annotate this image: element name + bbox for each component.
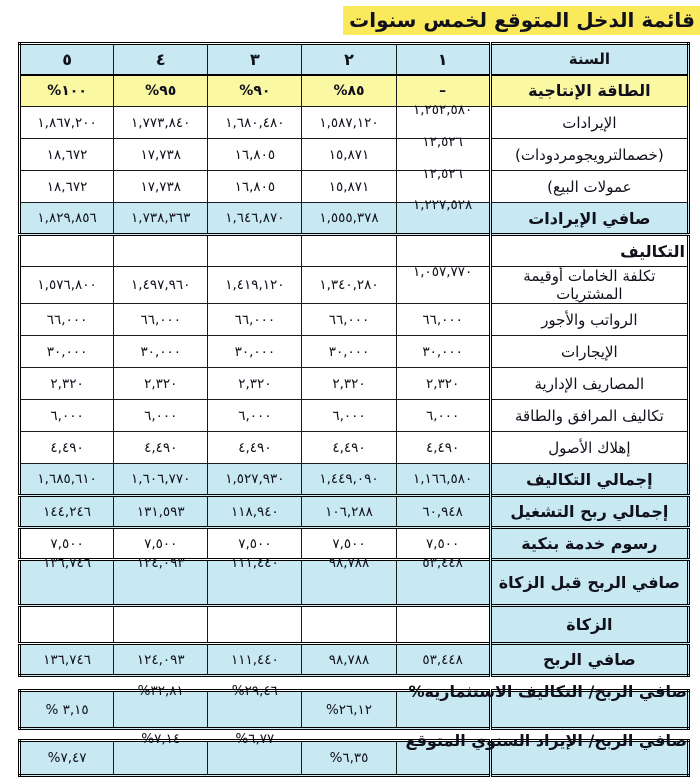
cell-year-5: ١٣٦,٧٤٦: [20, 560, 114, 606]
cell-value: ١٢,٥٢٦: [422, 134, 463, 150]
cell-year-4: ٢,٣٢٠: [114, 368, 208, 400]
cell-value: ٤,٤٩٠: [332, 440, 365, 456]
cell-value: ٤,٤٩٠: [426, 440, 459, 456]
cell-year-2: ٦٦,٠٠٠: [302, 304, 396, 336]
cell-year-2: ١,٥٥٥,٣٧٨: [302, 203, 396, 235]
cell-value: ١,٥٧٦,٨٠٠: [37, 277, 96, 293]
year-header-1: ١: [396, 44, 490, 75]
cell-value: ٦,٠٠٠: [426, 408, 459, 424]
cell-year-5: ٢,٣٢٠: [20, 368, 114, 400]
row-label: صافي الربح: [490, 644, 688, 676]
cell-year-5: %١٠٠: [20, 75, 114, 107]
page: { "title": "قائمة الدخل المتوقع لخمس سنو…: [0, 0, 700, 780]
cell-value: ٦٦,٠٠٠: [47, 312, 88, 328]
year-header-4: ٤: [114, 44, 208, 75]
cell-year-2: [302, 606, 396, 644]
cell-year-1: [396, 235, 490, 267]
cell-value: ٣٠,٠٠٠: [235, 344, 276, 360]
cell-year-1: ٦٦,٠٠٠: [396, 304, 490, 336]
ratio-label-text: صافي الربح/ التكاليف الاستثمارية%: [409, 682, 687, 701]
ratio-value: %٢٦,١٢: [326, 702, 372, 718]
year-header-3: ٣: [208, 44, 302, 75]
cell-year-3: ٦,٠٠٠: [208, 400, 302, 432]
cell-value: ١١١,٤٤٠: [231, 555, 279, 571]
cell-value: ١,٠٥٧,٧٧٠: [413, 264, 472, 280]
cell-year-4: ١٢٤,٠٩٣: [114, 644, 208, 676]
cell-year-1: ٦٠,٩٤٨: [396, 496, 490, 528]
cell-year-5: ٤,٤٩٠: [20, 432, 114, 464]
row-label: صافي الإيرادات: [490, 203, 688, 235]
table-row: الإيرادات١,٢٥٢,٥٨٠١,٥٨٧,١٢٠١,٦٨٠,٤٨٠١,٧٧…: [20, 107, 689, 139]
row-label: إجمالي ربح التشغيل: [490, 496, 688, 528]
cell-value: ١,٧٣٨,٣٦٣: [131, 210, 190, 226]
cell-year-5: [20, 606, 114, 644]
cell-value: ٧,٥٠٠: [50, 536, 83, 552]
cell-value: ٩٨,٧٨٨: [329, 555, 370, 571]
cell-year-1: ٦,٠٠٠: [396, 400, 490, 432]
cell-value: ١٨,٦٧٢: [47, 147, 88, 163]
cell-year-5: ٣٠,٠٠٠: [20, 336, 114, 368]
row-label: إهلاك الأصول: [490, 432, 688, 464]
row-label: الطاقة الإنتاجية: [490, 75, 688, 107]
cell-year-5: ١٨,٦٧٢: [20, 171, 114, 203]
ratio-value: % ٣,١٥: [45, 702, 88, 718]
cell-year-5: ١٨,٦٧٢: [20, 139, 114, 171]
cell-year-5: [20, 235, 114, 267]
cell-value: ١,٦٤٦,٨٧٠: [225, 210, 284, 226]
table-row: إجمالي ربح التشغيل٦٠,٩٤٨١٠٦,٢٨٨١١٨,٩٤٠١٣…: [20, 496, 689, 528]
cell-year-4: ٤,٤٩٠: [114, 432, 208, 464]
year-header-label: السنة: [490, 44, 688, 75]
cell-value: ٦٦,٠٠٠: [422, 312, 463, 328]
ratio-row: صافي الربح/ الإيراد السنوي المتوقع%٦,٣٥%…: [20, 741, 689, 776]
table-row: إجمالي التكاليف١,١٦٦,٥٨٠١,٤٤٩,٠٩٠١,٥٢٧,٩…: [20, 464, 689, 496]
cell-value: ١,٤٩٧,٩٦٠: [131, 277, 190, 293]
cell-value: ١,٥٨٧,١٢٠: [319, 115, 378, 131]
ratio-cell-year-5: %٧,٤٧: [20, 741, 114, 776]
cell-value: ٦,٠٠٠: [50, 408, 83, 424]
table-row: إهلاك الأصول٤,٤٩٠٤,٤٩٠٤,٤٩٠٤,٤٩٠٤,٤٩٠: [20, 432, 689, 464]
table-header: السنة١٢٣٤٥: [20, 44, 689, 75]
row-label: صافي الربح قبل الزكاة: [490, 560, 688, 606]
cell-value: ٢,٣٢٠: [50, 376, 83, 392]
cell-value: ١,١٦٦,٥٨٠: [413, 471, 472, 487]
ratio-label-text: صافي الربح/ الإيراد السنوي المتوقع: [406, 731, 687, 750]
cell-value: ١٨,٦٧٢: [47, 179, 88, 195]
cell-value: ١,٦٠٦,٧٧٠: [131, 471, 190, 487]
cell-value: ٥٣,٤٤٨: [422, 555, 463, 571]
table-row: المصاريف الإدارية٢,٣٢٠٢,٣٢٠٢,٣٢٠٢,٣٢٠٢,٣…: [20, 368, 689, 400]
cell-value: ٢,٣٢٠: [238, 376, 271, 392]
cell-year-4: ٦٦,٠٠٠: [114, 304, 208, 336]
cell-year-4: ١٧,٧٣٨: [114, 171, 208, 203]
cell-value: ٧,٥٠٠: [238, 536, 271, 552]
cell-year-3: ١,٥٢٧,٩٣٠: [208, 464, 302, 496]
cell-year-1: ٢,٣٢٠: [396, 368, 490, 400]
row-label: المصاريف الإدارية: [490, 368, 688, 400]
cell-value: ١,٥٢٧,٩٣٠: [225, 471, 284, 487]
year-header-2: ٢: [302, 44, 396, 75]
table-row: الطاقة الإنتاجية–%٨٥%٩٠%٩٥%١٠٠: [20, 75, 689, 107]
cell-value: ١١٨,٩٤٠: [231, 504, 279, 520]
cell-year-3: [208, 606, 302, 644]
ratio-value: %٦,٣٥: [330, 750, 369, 766]
cell-value: ١٢٤,٠٩٣: [137, 652, 185, 668]
cell-value: ٣٠,٠٠٠: [47, 344, 88, 360]
cell-value: %٩٠: [239, 83, 270, 99]
income-statement-table: السنة١٢٣٤٥ الطاقة الإنتاجية–%٨٥%٩٠%٩٥%١٠…: [18, 42, 690, 677]
cell-value: ٢,٣٢٠: [426, 376, 459, 392]
row-label: الإيجارات: [490, 336, 688, 368]
row-label: تكلفة الخامات أوقيمة المشتريات: [490, 267, 688, 304]
cell-value: ١٧,٧٣٨: [140, 147, 181, 163]
row-label: إجمالي التكاليف: [490, 464, 688, 496]
ratio-label: صافي الربح/ التكاليف الاستثمارية%: [490, 691, 688, 729]
cell-year-3: ٣٠,٠٠٠: [208, 336, 302, 368]
ratio-value: %٣٢,٨١: [138, 683, 184, 699]
cell-value: ١١١,٤٤٠: [231, 652, 279, 668]
table-row: تكاليف المرافق والطاقة٦,٠٠٠٦,٠٠٠٦,٠٠٠٦,٠…: [20, 400, 689, 432]
cell-value: ١,٦٨٠,٤٨٠: [225, 115, 284, 131]
cell-year-4: ١,٧٧٣,٨٤٠: [114, 107, 208, 139]
table-row: صافي الربح٥٣,٤٤٨٩٨,٧٨٨١١١,٤٤٠١٢٤,٠٩٣١٣٦,…: [20, 644, 689, 676]
cell-value: ٦٦,٠٠٠: [329, 312, 370, 328]
table-row: عمولات البيع)١٢,٥٢٦١٥,٨٧١١٦,٨٠٥١٧,٧٣٨١٨,…: [20, 171, 689, 203]
cell-year-4: ٣٠,٠٠٠: [114, 336, 208, 368]
cell-year-3: ١,٦٨٠,٤٨٠: [208, 107, 302, 139]
cell-year-5: ١,٨٦٧,٢٠٠: [20, 107, 114, 139]
cell-value: ٧,٥٠٠: [144, 536, 177, 552]
cell-year-5: ١,٥٧٦,٨٠٠: [20, 267, 114, 304]
cell-year-4: ١,٦٠٦,٧٧٠: [114, 464, 208, 496]
cell-year-5: ١,٨٢٩,٨٥٦: [20, 203, 114, 235]
ratio-value: %٦,٧٧: [235, 731, 274, 747]
cell-year-5: ١٤٤,٢٤٦: [20, 496, 114, 528]
cell-year-3: %٩٠: [208, 75, 302, 107]
cell-year-5: ٦٦,٠٠٠: [20, 304, 114, 336]
ratio-label: صافي الربح/ الإيراد السنوي المتوقع: [490, 741, 688, 776]
cell-value: ٦٠,٩٤٨: [422, 504, 463, 520]
cell-value: ٣٠,٠٠٠: [140, 344, 181, 360]
cell-year-5: ١,٦٨٥,٦١٠: [20, 464, 114, 496]
cell-year-2: ١,٣٤٠,٢٨٠: [302, 267, 396, 304]
cell-value: ٦٦,٠٠٠: [235, 312, 276, 328]
cell-value: ٣٠,٠٠٠: [422, 344, 463, 360]
row-label: (خصمالترويجومردودات): [490, 139, 688, 171]
ratio-cell-year-3: %٦,٧٧: [208, 741, 302, 776]
cell-value: –: [439, 83, 446, 99]
ratio-cell-year-4: %٧,١٤: [114, 741, 208, 776]
ratio-cell-year-2: %٦,٣٥: [302, 741, 396, 776]
cell-value: ١٥,٨٧١: [329, 179, 370, 195]
cell-value: ١٥,٨٧١: [329, 147, 370, 163]
table-row: صافي الإيرادات١,٢٢٧,٥٢٨١,٥٥٥,٣٧٨١,٦٤٦,٨٧…: [20, 203, 689, 235]
cell-year-4: ١,٧٣٨,٣٦٣: [114, 203, 208, 235]
cell-year-2: ١٠٦,٢٨٨: [302, 496, 396, 528]
page-title: قائمة الدخل المتوقع لخمس سنوات: [343, 6, 700, 35]
cell-year-2: ١,٤٤٩,٠٩٠: [302, 464, 396, 496]
cell-value: ١٧,٧٣٨: [140, 179, 181, 195]
ratio-cell-year-2: %٢٦,١٢: [302, 691, 396, 729]
cell-value: ١,٣٤٠,٢٨٠: [319, 277, 378, 293]
cell-year-3: ١,٤١٩,١٢٠: [208, 267, 302, 304]
cell-value: %١٠٠: [47, 83, 87, 99]
cell-year-3: ١٦,٨٠٥: [208, 171, 302, 203]
ratio-value: %٢٩,٤٦: [232, 683, 278, 699]
cell-year-3: ١١١,٤٤٠: [208, 560, 302, 606]
cell-value: ١,٤١٩,١٢٠: [225, 277, 284, 293]
cell-value: ٢,٣٢٠: [144, 376, 177, 392]
cell-value: ١٠٦,٢٨٨: [325, 504, 373, 520]
cell-year-1: ٥٣,٤٤٨: [396, 560, 490, 606]
ratio-value: %٧,١٤: [141, 731, 180, 747]
cell-value: ١,٢٥٢,٥٨٠: [413, 102, 472, 118]
row-label: تكاليف المرافق والطاقة: [490, 400, 688, 432]
cell-value: ١,٨٦٧,٢٠٠: [37, 115, 96, 131]
cell-value: ١,٦٨٥,٦١٠: [37, 471, 96, 487]
cell-year-1: [396, 606, 490, 644]
cell-year-5: ١٣٦,٧٤٦: [20, 644, 114, 676]
cell-year-4: ١٣١,٥٩٣: [114, 496, 208, 528]
profit-to-investment-cost-table: صافي الربح/ التكاليف الاستثمارية%%٢٦,١٢%…: [18, 689, 690, 730]
cell-year-1: ١,٠٥٧,٧٧٠: [396, 267, 490, 304]
cell-value: ١,٨٢٩,٨٥٦: [37, 210, 96, 226]
cell-year-1: ١,١٦٦,٥٨٠: [396, 464, 490, 496]
cell-year-2: ٣٠,٠٠٠: [302, 336, 396, 368]
cell-value: ٦,٠٠٠: [144, 408, 177, 424]
cell-value: ٤,٤٩٠: [238, 440, 271, 456]
cell-year-4: %٩٥: [114, 75, 208, 107]
cell-value: ١٣١,٥٩٣: [137, 504, 185, 520]
cell-year-1: ٥٣,٤٤٨: [396, 644, 490, 676]
ratio-cell-year-5: % ٣,١٥: [20, 691, 114, 729]
cell-year-3: ١١١,٤٤٠: [208, 644, 302, 676]
cell-year-2: ٦,٠٠٠: [302, 400, 396, 432]
cell-value: ١,٧٧٣,٨٤٠: [131, 115, 190, 131]
cell-year-1: ١,٢٢٧,٥٢٨: [396, 203, 490, 235]
title-row: قائمة الدخل المتوقع لخمس سنوات: [0, 6, 700, 35]
cell-year-3: ١١٨,٩٤٠: [208, 496, 302, 528]
cell-year-2: %٨٥: [302, 75, 396, 107]
table-row: الزكاة: [20, 606, 689, 644]
cell-value: ١٣٦,٧٤٦: [43, 555, 91, 571]
cell-value: ٧,٥٠٠: [332, 536, 365, 552]
cell-year-3: ٤,٤٩٠: [208, 432, 302, 464]
cell-year-3: ١,٦٤٦,٨٧٠: [208, 203, 302, 235]
cell-value: %٨٥: [333, 83, 364, 99]
table-row: تكلفة الخامات أوقيمة المشتريات١,٠٥٧,٧٧٠١…: [20, 267, 689, 304]
cell-value: ٦٦,٠٠٠: [140, 312, 181, 328]
cell-year-2: ١٥,٨٧١: [302, 171, 396, 203]
cell-year-2: ١٥,٨٧١: [302, 139, 396, 171]
cell-value: ١٢,٥٢٦: [422, 166, 463, 182]
row-label: عمولات البيع): [490, 171, 688, 203]
cell-value: ١,٥٥٥,٣٧٨: [319, 210, 378, 226]
cell-value: %٩٥: [145, 83, 176, 99]
cell-value: ١٤٤,٢٤٦: [43, 504, 91, 520]
cell-year-2: ٤,٤٩٠: [302, 432, 396, 464]
row-label: رسوم خدمة بنكية: [490, 528, 688, 560]
table-row: (خصمالترويجومردودات)١٢,٥٢٦١٥,٨٧١١٦,٨٠٥١٧…: [20, 139, 689, 171]
cell-year-5: ٦,٠٠٠: [20, 400, 114, 432]
cell-year-4: ١٧,٧٣٨: [114, 139, 208, 171]
cell-year-2: ٩٨,٧٨٨: [302, 644, 396, 676]
cell-year-4: [114, 235, 208, 267]
cell-value: ٢,٣٢٠: [332, 376, 365, 392]
header-row: السنة١٢٣٤٥: [20, 44, 689, 75]
year-header-5: ٥: [20, 44, 114, 75]
row-label: التكاليف: [490, 235, 688, 267]
cell-year-3: [208, 235, 302, 267]
cell-year-2: [302, 235, 396, 267]
cell-value: ٧,٥٠٠: [426, 536, 459, 552]
ratio-value: %٧,٤٧: [48, 750, 87, 766]
cell-value: ٦,٠٠٠: [332, 408, 365, 424]
cell-year-1: ٤,٤٩٠: [396, 432, 490, 464]
row-label: الرواتب والأجور: [490, 304, 688, 336]
cell-value: ١٣٦,٧٤٦: [43, 652, 91, 668]
cell-year-4: ١٢٤,٠٩٣: [114, 560, 208, 606]
cell-year-4: ٦,٠٠٠: [114, 400, 208, 432]
ratio-cell-year-3: %٢٩,٤٦: [208, 691, 302, 729]
table-row: التكاليف: [20, 235, 689, 267]
cell-value: ٦,٠٠٠: [238, 408, 271, 424]
cell-value: ٤,٤٩٠: [50, 440, 83, 456]
table-row: الرواتب والأجور٦٦,٠٠٠٦٦,٠٠٠٦٦,٠٠٠٦٦,٠٠٠٦…: [20, 304, 689, 336]
ratio-cell-year-4: %٣٢,٨١: [114, 691, 208, 729]
cell-year-2: ١,٥٨٧,١٢٠: [302, 107, 396, 139]
cell-year-3: ١٦,٨٠٥: [208, 139, 302, 171]
cell-value: ١٦,٨٠٥: [235, 147, 276, 163]
cell-year-3: ٦٦,٠٠٠: [208, 304, 302, 336]
cell-year-4: [114, 606, 208, 644]
cell-value: ٤,٤٩٠: [144, 440, 177, 456]
ratio-row: صافي الربح/ التكاليف الاستثمارية%%٢٦,١٢%…: [20, 691, 689, 729]
cell-value: ١,٢٢٧,٥٢٨: [413, 197, 472, 213]
profit-to-annual-revenue-table: صافي الربح/ الإيراد السنوي المتوقع%٦,٣٥%…: [18, 739, 690, 777]
cell-value: ١,٤٤٩,٠٩٠: [319, 471, 378, 487]
cell-value: ٥٣,٤٤٨: [422, 652, 463, 668]
cell-year-4: ١,٤٩٧,٩٦٠: [114, 267, 208, 304]
cell-value: ٣٠,٠٠٠: [329, 344, 370, 360]
row-label: الزكاة: [490, 606, 688, 644]
table-row: صافي الربح قبل الزكاة٥٣,٤٤٨٩٨,٧٨٨١١١,٤٤٠…: [20, 560, 689, 606]
row-label: الإيرادات: [490, 107, 688, 139]
cell-value: ١٢٤,٠٩٣: [137, 555, 185, 571]
table-row: الإيجارات٣٠,٠٠٠٣٠,٠٠٠٣٠,٠٠٠٣٠,٠٠٠٣٠,٠٠٠: [20, 336, 689, 368]
cell-year-1: ٣٠,٠٠٠: [396, 336, 490, 368]
cell-year-3: ٢,٣٢٠: [208, 368, 302, 400]
cell-year-2: ٢,٣٢٠: [302, 368, 396, 400]
cell-year-2: ٩٨,٧٨٨: [302, 560, 396, 606]
cell-value: ٩٨,٧٨٨: [329, 652, 370, 668]
cell-value: ١٦,٨٠٥: [235, 179, 276, 195]
